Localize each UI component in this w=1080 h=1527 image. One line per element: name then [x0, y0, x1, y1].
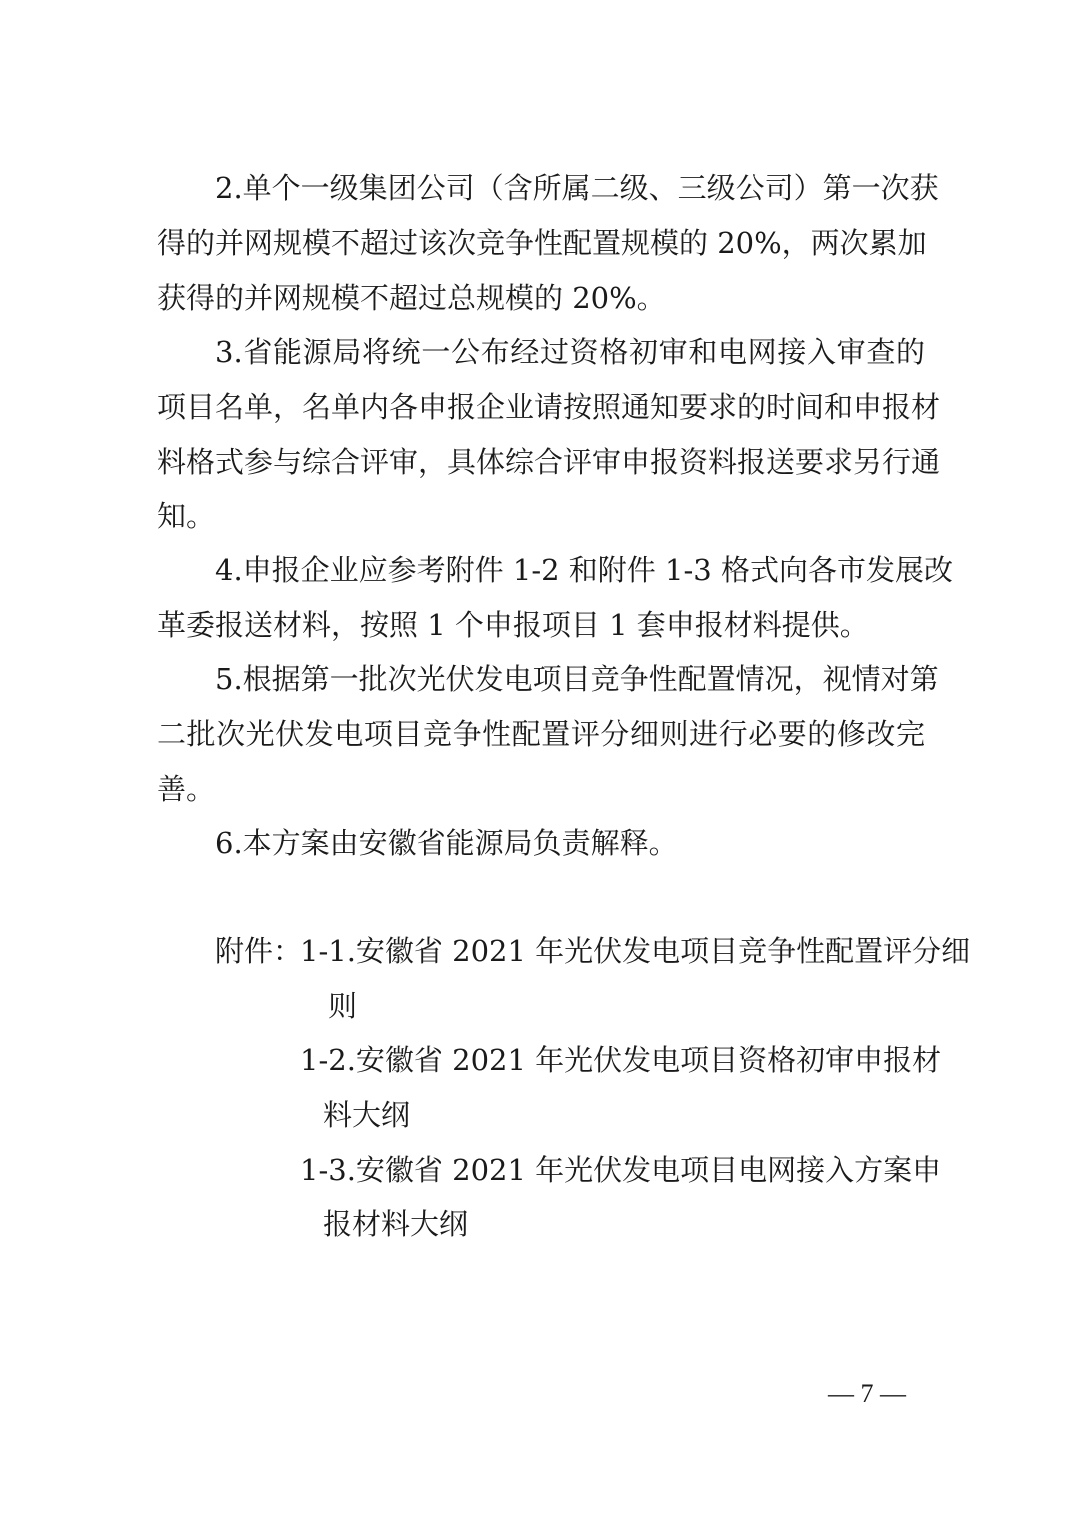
text-line: 料格式参与综合评审，具体综合评审申报资料报送要求另行通 — [157, 444, 925, 480]
text-line: 2.单个一级集团公司（含所属二级、三级公司）第一次获 — [215, 170, 925, 206]
text-line: 善。 — [157, 771, 215, 807]
attachments-label: 附件： — [215, 933, 302, 969]
text-line: 4.申报企业应参考附件 1-2 和附件 1-3 格式向各市发展改 — [215, 552, 925, 588]
text-line: 获得的并网规模不超过总规模的 20%。 — [157, 280, 666, 316]
text-line: 1-1.安徽省 2021 年光伏发电项目竞争性配置评分细 — [300, 933, 925, 969]
page-number: — 7 — — [828, 1377, 906, 1411]
text-line: 项目名单，名单内各申报企业请按照通知要求的时间和申报材 — [157, 389, 925, 425]
text-line: 则 — [328, 988, 357, 1024]
text-line: 得的并网规模不超过该次竞争性配置规模的 20%，两次累加 — [157, 225, 925, 261]
text-line: 1-3.安徽省 2021 年光伏发电项目电网接入方案申 — [300, 1152, 925, 1188]
text-line: 知。 — [157, 498, 215, 534]
text-line: 革委报送材料，按照 1 个申报项目 1 套申报材料提供。 — [157, 607, 869, 643]
text-line: 5.根据第一批次光伏发电项目竞争性配置情况，视情对第 — [215, 661, 925, 697]
text-line: 报材料大纲 — [323, 1206, 468, 1242]
text-line: 6.本方案由安徽省能源局负责解释。 — [215, 825, 678, 861]
text-line: 1-2.安徽省 2021 年光伏发电项目资格初审申报材 — [300, 1042, 925, 1078]
text-line: 3.省能源局将统一公布经过资格初审和电网接入审查的 — [215, 334, 925, 370]
text-line: 二批次光伏发电项目竞争性配置评分细则进行必要的修改完 — [157, 716, 925, 752]
text-line: 料大纲 — [323, 1097, 410, 1133]
